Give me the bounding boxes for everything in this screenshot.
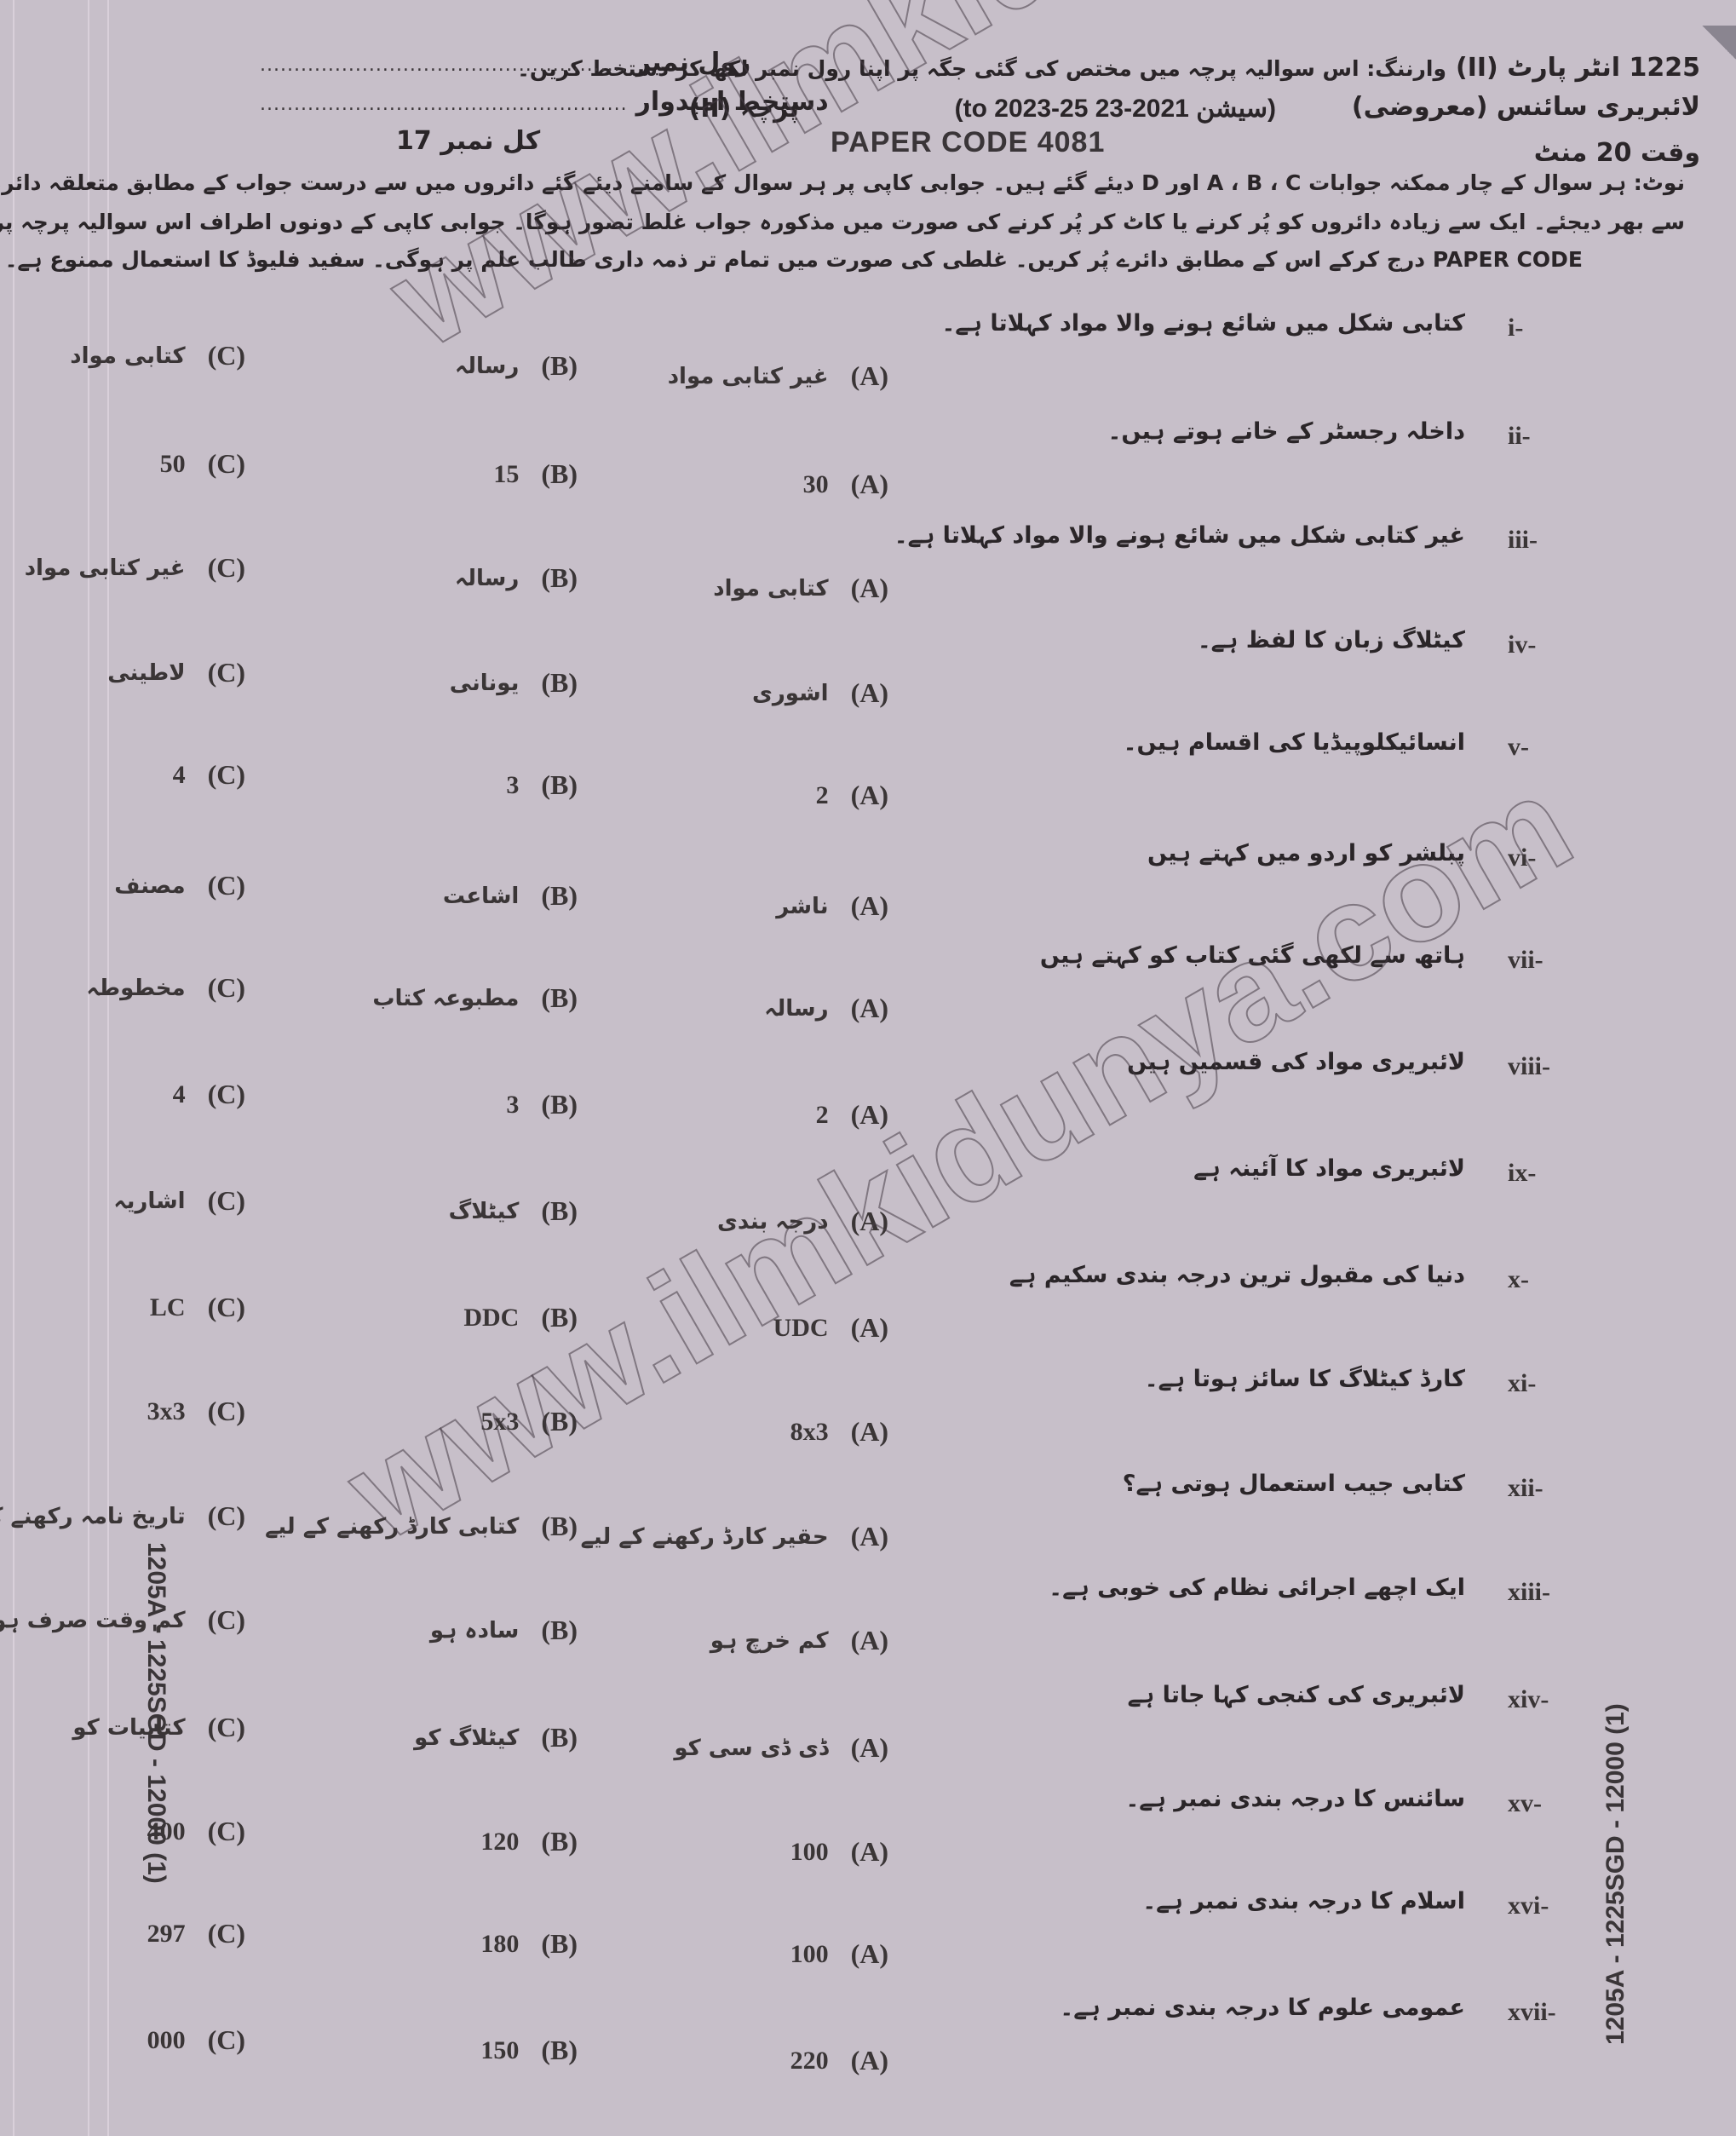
option-label: (A): [851, 2045, 888, 2076]
option-c[interactable]: مصنف(C): [114, 870, 245, 901]
roll-number-line[interactable]: ........................................…: [260, 55, 628, 76]
option-c[interactable]: 50(C): [160, 448, 245, 480]
option-label: (B): [541, 2035, 578, 2066]
option-value: 30: [803, 470, 829, 499]
option-label: (A): [851, 1206, 888, 1237]
option-label: (A): [851, 890, 888, 922]
option-value: ڈی ڈی سی کو: [674, 1736, 828, 1761]
option-a[interactable]: 30(A): [803, 469, 888, 500]
option-value: 3: [506, 1091, 519, 1120]
side-code-left: 1205A - 1225SGD - 12000 (1): [141, 1542, 170, 1884]
option-value: 8x3: [790, 1418, 829, 1447]
question-text: لائبریری مواد کی قسمیں ہیں: [1127, 1049, 1465, 1075]
option-c[interactable]: 000(C): [147, 2024, 245, 2056]
instruction-line-1: نوٹ: ہر سوال کے چار ممکنہ جوابات A ، B ،…: [0, 170, 1685, 195]
option-value: حقیر کارڈ رکھنے کے لیے: [581, 1524, 829, 1550]
option-label: (A): [851, 360, 888, 392]
signature-field[interactable]: ........................................…: [260, 87, 829, 117]
option-b[interactable]: اشاعت(B): [443, 880, 578, 912]
signature-line[interactable]: ........................................…: [260, 94, 628, 115]
instruction-line-3: PAPER CODE درج کرکے اس کے مطابق دائرے پُ…: [5, 247, 1583, 272]
option-b[interactable]: 120(B): [480, 1826, 578, 1857]
option-a[interactable]: 220(A): [790, 2045, 888, 2076]
option-a[interactable]: اشوری(A): [752, 677, 888, 709]
option-label: (A): [851, 1938, 888, 1970]
option-value: سادہ ہو: [430, 1618, 520, 1644]
option-a[interactable]: حقیر کارڈ رکھنے کے لیے(A): [581, 1521, 888, 1552]
question-number: xiii-: [1508, 1578, 1550, 1607]
option-b[interactable]: یونانی(B): [450, 667, 578, 699]
option-value: 2: [816, 781, 829, 810]
option-label: (C): [208, 1712, 245, 1743]
option-value: اشاریہ: [113, 1189, 185, 1214]
option-b[interactable]: کتابی کارڈ رکھنے کے لیے(B): [265, 1511, 578, 1542]
option-value: مطبوعہ کتاب: [372, 986, 519, 1011]
option-a[interactable]: 100(A): [790, 1938, 888, 1970]
option-value: کیٹلاگ: [449, 1199, 520, 1224]
option-b[interactable]: 3(B): [506, 769, 578, 801]
option-label: (A): [851, 993, 888, 1024]
signature-label: دستخط امیدوار: [636, 87, 829, 117]
question-number: iii-: [1508, 526, 1538, 555]
option-value: 150: [480, 2036, 519, 2065]
paper-code: PAPER CODE 4081: [831, 126, 1105, 159]
option-value: 180: [480, 1930, 519, 1959]
option-value: 4: [173, 761, 186, 790]
option-a[interactable]: 100(A): [790, 1836, 888, 1868]
option-b[interactable]: کیٹلاگ(B): [449, 1195, 578, 1227]
question-number: xvii-: [1508, 1998, 1556, 2027]
option-label: (B): [541, 458, 578, 490]
option-value: 120: [480, 1828, 519, 1857]
option-label: (A): [851, 1732, 888, 1764]
option-c[interactable]: کتابی مواد(C): [70, 340, 245, 371]
option-value: 3x3: [147, 1397, 186, 1426]
question-text: کتابی جیب استعمال ہوتی ہے؟: [1123, 1471, 1465, 1497]
option-a[interactable]: UDC(A): [773, 1312, 888, 1344]
option-c[interactable]: اشاریہ(C): [113, 1185, 245, 1217]
option-value: کیٹلاگ کو: [414, 1725, 519, 1751]
option-label: (C): [208, 2024, 245, 2056]
option-label: (B): [541, 350, 578, 382]
option-label: (B): [541, 982, 578, 1014]
option-b[interactable]: DDC(B): [463, 1302, 578, 1333]
option-value: 2: [816, 1101, 829, 1130]
option-label: (C): [208, 1500, 245, 1532]
option-c[interactable]: مخطوطہ(C): [86, 972, 245, 1004]
option-value: تاریخ نامہ رکھنے کے لیے: [0, 1504, 186, 1529]
option-label: (B): [541, 562, 578, 594]
option-label: (C): [208, 1185, 245, 1217]
option-label: (C): [208, 552, 245, 584]
option-label: (C): [208, 870, 245, 901]
option-label: (B): [541, 1928, 578, 1960]
option-b[interactable]: 3(B): [506, 1089, 578, 1120]
option-label: (B): [541, 1826, 578, 1857]
question-number: xii-: [1508, 1474, 1543, 1503]
question-text: دنیا کی مقبول ترین درجہ بندی سکیم ہے: [1009, 1262, 1465, 1288]
question-text: سائنس کا درجہ بندی نمبر ہے۔: [1125, 1786, 1465, 1812]
roll-number-field[interactable]: ........................................…: [260, 48, 750, 78]
page-corner-fold: [1702, 26, 1736, 60]
option-label: (A): [851, 469, 888, 500]
option-value: UDC: [773, 1314, 829, 1343]
question-text: داخلہ رجسٹر کے خانے ہوتے ہیں۔: [1108, 418, 1465, 445]
option-value: مصنف: [114, 873, 185, 899]
option-c[interactable]: لاطینی(C): [107, 657, 245, 688]
option-label: (A): [851, 780, 888, 811]
option-value: اشاعت: [443, 884, 520, 909]
option-b[interactable]: سادہ ہو(B): [430, 1615, 578, 1646]
option-label: (C): [208, 657, 245, 688]
roll-number-label: رول نمبر: [636, 48, 751, 78]
question-number: ix-: [1508, 1159, 1536, 1188]
option-b[interactable]: مطبوعہ کتاب(B): [372, 982, 578, 1014]
option-label: (C): [208, 1396, 245, 1427]
option-value: رسالہ: [764, 996, 828, 1022]
time-allowed: وقت 20 منٹ: [1534, 138, 1700, 168]
option-value: درجہ بندی: [717, 1209, 829, 1235]
option-label: (B): [541, 1511, 578, 1542]
option-label: (B): [541, 1195, 578, 1227]
question-number: ii-: [1508, 422, 1531, 451]
option-value: 15: [493, 460, 519, 489]
option-label: (A): [851, 1416, 888, 1448]
option-a[interactable]: ڈی ڈی سی کو(A): [674, 1732, 888, 1764]
option-value: مخطوطہ: [86, 976, 185, 1001]
option-b[interactable]: 5x3(B): [480, 1406, 578, 1437]
question-text: غیر کتابی شکل میں شائع ہونے والا مواد کہ…: [894, 522, 1465, 549]
option-value: غیر کتابی مواد: [668, 364, 829, 389]
question-number: xi-: [1508, 1369, 1536, 1398]
question-text: کتابی شکل میں شائع ہونے والا مواد کہلاتا…: [941, 310, 1465, 337]
question-text: کیٹلاگ زبان کا لفظ ہے۔: [1198, 627, 1465, 653]
question-text: پبلشر کو اردو میں کہتے ہیں: [1147, 840, 1465, 866]
option-c[interactable]: 4(C): [173, 759, 245, 791]
option-label: (B): [541, 1089, 578, 1120]
option-value: رسالہ: [455, 566, 519, 591]
option-b[interactable]: 180(B): [480, 1928, 578, 1960]
option-label: (C): [208, 1292, 245, 1323]
question-number: vii-: [1508, 946, 1543, 975]
option-label: (B): [541, 667, 578, 699]
question-text: کارڈ کیٹلاگ کا سائز ہوتا ہے۔: [1145, 1366, 1465, 1392]
option-c[interactable]: LC(C): [150, 1292, 245, 1323]
question-text: ہاتھ سے لکھی گئی کتاب کو کہتے ہیں: [1040, 942, 1465, 969]
option-label: (A): [851, 1312, 888, 1344]
option-a[interactable]: غیر کتابی مواد(A): [668, 360, 888, 392]
option-label: (A): [851, 1625, 888, 1656]
option-c[interactable]: 4(C): [173, 1079, 245, 1110]
question-text: لائبریری کی کنجی کہا جاتا ہے: [1128, 1682, 1465, 1708]
option-value: کتابی کارڈ رکھنے کے لیے: [265, 1514, 519, 1540]
option-value: کتابی مواد: [70, 343, 185, 369]
question-number: xvi-: [1508, 1891, 1549, 1920]
question-number: i-: [1508, 314, 1523, 343]
option-label: (C): [208, 340, 245, 371]
paper-id: 1225 انٹر پارٹ (II): [1456, 53, 1700, 83]
question-number: iv-: [1508, 630, 1536, 659]
option-label: (B): [541, 1406, 578, 1437]
option-label: (A): [851, 1521, 888, 1552]
subject-title: لائبریری سائنس (معروضی): [1352, 92, 1700, 122]
side-code-right: 1205A - 1225SGD - 12000 (1): [1601, 1703, 1630, 2045]
question-text: ایک اچھے اجرائی نظام کی خوبی ہے۔: [1049, 1575, 1465, 1601]
option-c[interactable]: کم وقت صرف ہو(C): [0, 1604, 245, 1636]
option-value: 220: [790, 2047, 829, 2076]
option-a[interactable]: 2(A): [816, 780, 888, 811]
question-number: x-: [1508, 1265, 1529, 1294]
option-value: رسالہ: [455, 354, 519, 379]
option-a[interactable]: درجہ بندی(A): [717, 1206, 888, 1237]
question-number: viii-: [1508, 1052, 1550, 1081]
option-value: 5x3: [480, 1408, 519, 1436]
option-a[interactable]: کتابی مواد(A): [713, 573, 888, 604]
option-a[interactable]: رسالہ(A): [764, 993, 888, 1024]
option-label: (A): [851, 1099, 888, 1131]
question-number: xv-: [1508, 1789, 1542, 1818]
option-value: 000: [147, 2026, 186, 2055]
option-value: اشوری: [752, 681, 829, 706]
option-value: 100: [790, 1940, 829, 1969]
option-label: (B): [541, 1722, 578, 1753]
total-marks: کل نمبر 17: [396, 126, 540, 156]
option-label: (A): [851, 677, 888, 709]
option-c[interactable]: غیر کتابی مواد(C): [25, 552, 245, 584]
option-value: 4: [173, 1080, 186, 1109]
option-label: (B): [541, 880, 578, 912]
option-a[interactable]: ناشر(A): [776, 890, 888, 922]
option-b[interactable]: رسالہ(B): [455, 562, 578, 594]
option-label: (A): [851, 1836, 888, 1868]
option-b[interactable]: 15(B): [493, 458, 578, 490]
session-text: (سیشن 2021-23 to 2023-25): [955, 94, 1276, 124]
option-value: LC: [150, 1293, 186, 1322]
option-value: 3: [506, 771, 519, 800]
option-value: یونانی: [450, 671, 520, 696]
question-text: انسائیکلوپیڈیا کی اقسام ہیں۔: [1124, 729, 1465, 756]
option-b[interactable]: 150(B): [480, 2035, 578, 2066]
option-label: (C): [208, 972, 245, 1004]
option-c[interactable]: تاریخ نامہ رکھنے کے لیے(C): [0, 1500, 245, 1532]
option-label: (C): [208, 759, 245, 791]
option-label: (B): [541, 1302, 578, 1333]
option-value: ناشر: [776, 894, 828, 919]
option-label: (C): [208, 448, 245, 480]
option-value: 297: [147, 1920, 186, 1949]
option-label: (B): [541, 769, 578, 801]
option-a[interactable]: 8x3(A): [790, 1416, 888, 1448]
instruction-line-2: سے بھر دیجئے۔ ایک سے زیادہ دائروں کو پُر…: [0, 210, 1685, 234]
option-c[interactable]: 297(C): [147, 1918, 245, 1949]
option-b[interactable]: رسالہ(B): [455, 350, 578, 382]
question-text: عمومی علوم کا درجہ بندی نمبر ہے۔: [1060, 1995, 1465, 2021]
option-a[interactable]: کم خرچ ہو(A): [710, 1625, 888, 1656]
option-value: DDC: [463, 1304, 519, 1333]
option-label: (A): [851, 573, 888, 604]
question-text: لائبریری مواد کا آئینہ ہے: [1193, 1155, 1465, 1182]
question-text: اسلام کا درجہ بندی نمبر ہے۔: [1142, 1888, 1465, 1914]
option-value: 50: [160, 450, 186, 479]
option-label: (C): [208, 1079, 245, 1110]
option-label: (C): [208, 1816, 245, 1847]
question-number: xiv-: [1508, 1685, 1549, 1714]
option-value: 100: [790, 1838, 829, 1867]
option-value: لاطینی: [107, 660, 185, 686]
option-label: (C): [208, 1604, 245, 1636]
option-c[interactable]: 3x3(C): [147, 1396, 245, 1427]
option-value: کم خرچ ہو: [710, 1628, 829, 1654]
option-a[interactable]: 2(A): [816, 1099, 888, 1131]
option-label: (B): [541, 1615, 578, 1646]
question-number: v-: [1508, 733, 1529, 762]
option-value: غیر کتابی مواد: [25, 556, 186, 581]
option-b[interactable]: کیٹلاگ کو(B): [414, 1722, 578, 1753]
option-label: (C): [208, 1918, 245, 1949]
option-value: کتابی مواد: [713, 576, 828, 602]
question-number: vi-: [1508, 843, 1536, 872]
